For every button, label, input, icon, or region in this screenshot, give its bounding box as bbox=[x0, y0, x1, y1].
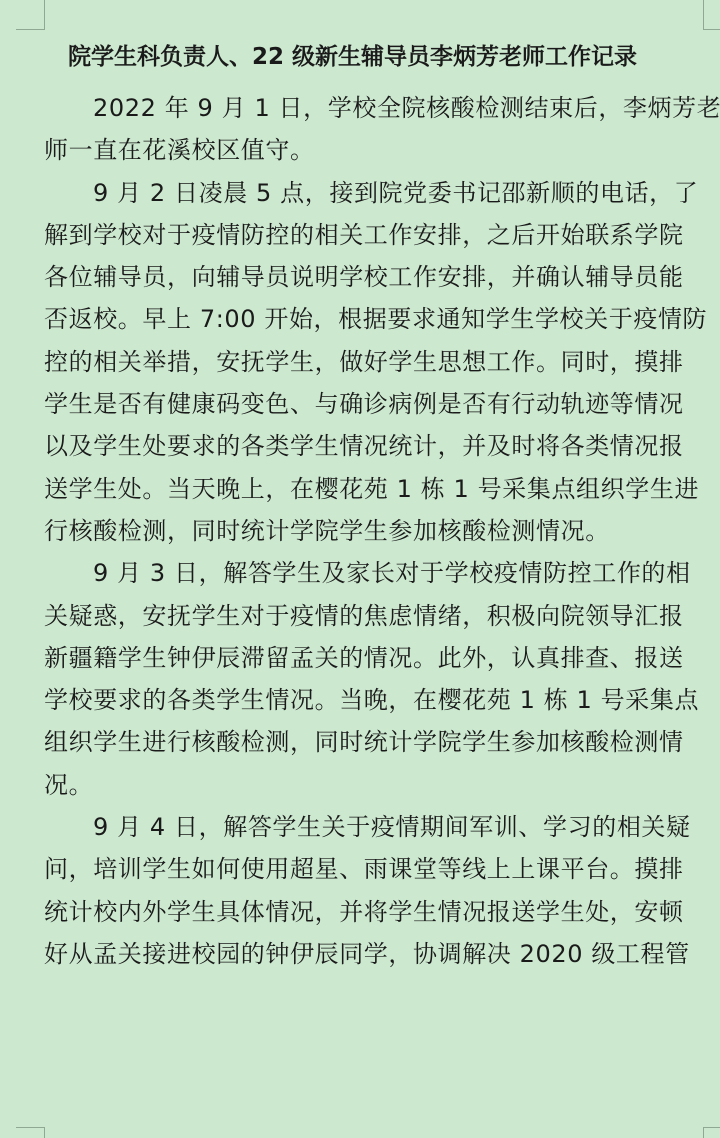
page-corner-mark-bottom-left bbox=[16, 1127, 45, 1138]
text-line: 解到学校对于疫情防控的相关工作安排，之后开始联系学院 bbox=[44, 214, 700, 256]
text-line: 送学生处。当天晚上，在樱花苑 1 栋 1 号采集点组织学生进 bbox=[44, 468, 700, 510]
text-line: 2022 年 9 月 1 日，学校全院核酸检测结束后，李炳芳老 bbox=[44, 87, 700, 129]
text-line: 师一直在花溪校区值守。 bbox=[44, 129, 700, 171]
text-line: 新疆籍学生钟伊辰滞留孟关的情况。此外，认真排查、报送 bbox=[44, 637, 700, 679]
text-line: 组织学生进行核酸检测，同时统计学院学生参加核酸检测情 bbox=[44, 721, 700, 763]
text-line: 各位辅导员，向辅导员说明学校工作安排，并确认辅导员能 bbox=[44, 256, 700, 298]
paragraph-sep-1: 2022 年 9 月 1 日，学校全院核酸检测结束后，李炳芳老 师一直在花溪校区… bbox=[44, 87, 700, 172]
document-body: 2022 年 9 月 1 日，学校全院核酸检测结束后，李炳芳老 师一直在花溪校区… bbox=[44, 87, 700, 975]
text-line: 否返校。早上 7:00 开始，根据要求通知学生学校关于疫情防 bbox=[44, 298, 700, 340]
text-line: 9 月 3 日，解答学生及家长对于学校疫情防控工作的相 bbox=[44, 552, 700, 594]
page-corner-mark-bottom-right bbox=[703, 1127, 720, 1138]
paragraph-sep-3: 9 月 3 日，解答学生及家长对于学校疫情防控工作的相 关疑惑，安抚学生对于疫情… bbox=[44, 552, 700, 806]
page-corner-mark-top-right bbox=[703, 0, 720, 30]
text-line: 好从孟关接进校园的钟伊辰同学，协调解决 2020 级工程管 bbox=[44, 933, 700, 975]
text-line: 统计校内外学生具体情况，并将学生情况报送学生处，安顿 bbox=[44, 891, 700, 933]
text-line: 学生是否有健康码变色、与确诊病例是否有行动轨迹等情况 bbox=[44, 383, 700, 425]
text-line: 问，培训学生如何使用超星、雨课堂等线上上课平台。摸排 bbox=[44, 848, 700, 890]
text-line: 况。 bbox=[44, 764, 700, 806]
text-line: 学校要求的各类学生情况。当晚，在樱花苑 1 栋 1 号采集点 bbox=[44, 679, 700, 721]
text-line: 行核酸检测，同时统计学院学生参加核酸检测情况。 bbox=[44, 510, 700, 552]
page-corner-mark-top-left bbox=[16, 0, 45, 30]
paragraph-sep-4: 9 月 4 日，解答学生关于疫情期间军训、学习的相关疑 问，培训学生如何使用超星… bbox=[44, 806, 700, 975]
text-line: 关疑惑，安抚学生对于疫情的焦虑情绪，积极向院领导汇报 bbox=[44, 595, 700, 637]
document-title: 院学生科负责人、22 级新生辅导员李炳芳老师工作记录 bbox=[68, 38, 637, 71]
text-line: 9 月 2 日凌晨 5 点，接到院党委书记邵新顺的电话，了 bbox=[44, 172, 700, 214]
text-line: 以及学生处要求的各类学生情况统计，并及时将各类情况报 bbox=[44, 425, 700, 467]
text-line: 控的相关举措，安抚学生，做好学生思想工作。同时，摸排 bbox=[44, 341, 700, 383]
paragraph-sep-2: 9 月 2 日凌晨 5 点，接到院党委书记邵新顺的电话，了 解到学校对于疫情防控… bbox=[44, 172, 700, 553]
text-line: 9 月 4 日，解答学生关于疫情期间军训、学习的相关疑 bbox=[44, 806, 700, 848]
